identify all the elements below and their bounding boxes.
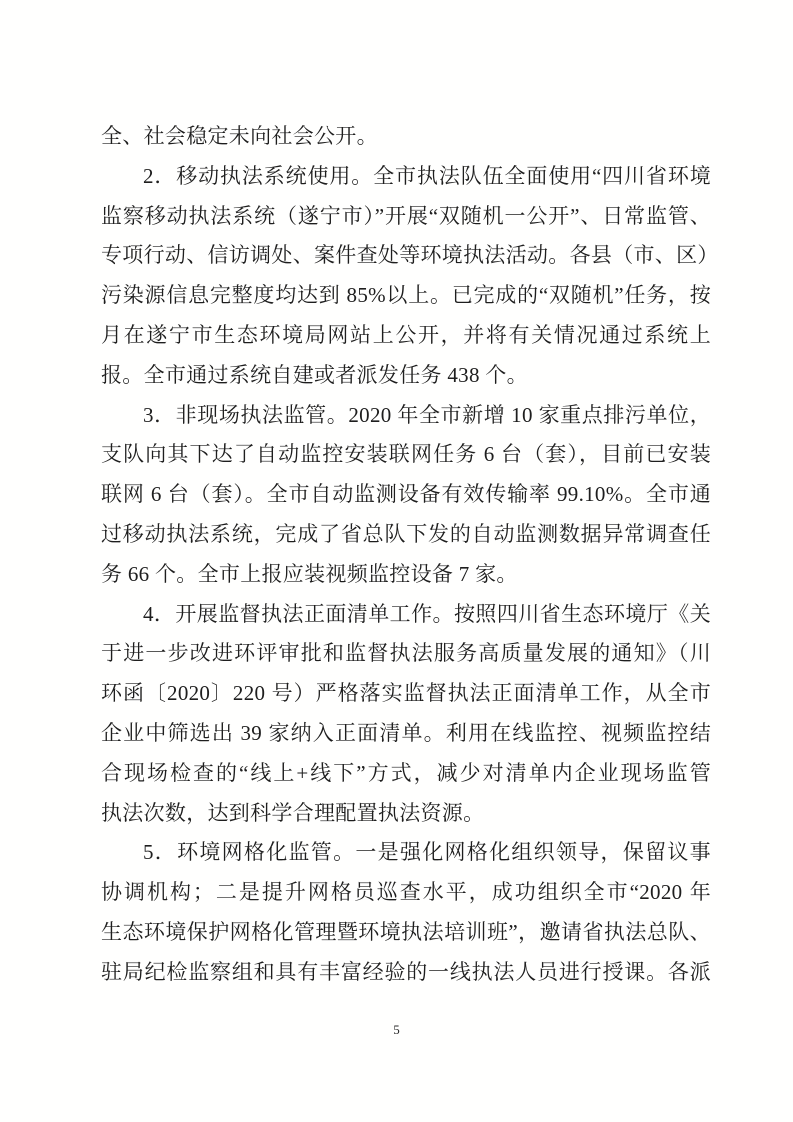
text-line: 全、社会稳定未向社会公开。: [101, 117, 711, 157]
text-line: 报。全市通过系统自建或者派发任务 438 个。: [101, 356, 711, 396]
document-page: 全、社会稳定未向社会公开。 2．移动执法系统使用。全市执法队伍全面使用“四川省环…: [0, 0, 793, 1122]
text-line: 务 66 个。全市上报应装视频监控设备 7 家。: [101, 555, 711, 595]
text-line: 3．非现场执法监管。2020 年全市新增 10 家重点排污单位，: [101, 396, 711, 436]
text-line: 污染源信息完整度均达到 85%以上。已完成的“双随机”任务，按: [101, 276, 711, 316]
text-line: 支队向其下达了自动监控安装联网任务 6 台（套），目前已安装: [101, 435, 711, 475]
text-line: 月在遂宁市生态环境局网站上公开，并将有关情况通过系统上: [101, 316, 711, 356]
document-body: 全、社会稳定未向社会公开。 2．移动执法系统使用。全市执法队伍全面使用“四川省环…: [101, 117, 711, 993]
text-line: 联网 6 台（套）。全市自动监测设备有效传输率 99.10%。全市通: [101, 475, 711, 515]
text-line: 监察移动执法系统（遂宁市）”开展“双随机一公开”、日常监管、: [101, 197, 711, 237]
text-line: 驻局纪检监察组和具有丰富经验的一线执法人员进行授课。各派: [101, 953, 711, 993]
text-line: 于进一步改进环评审批和监督执法服务高质量发展的通知》（川: [101, 634, 711, 674]
page-number: 5: [0, 1022, 793, 1038]
text-line: 合现场检查的“线上+线下”方式，减少对清单内企业现场监管: [101, 754, 711, 794]
text-line: 专项行动、信访调处、案件查处等环境执法活动。各县（市、区）: [101, 236, 711, 276]
text-line: 生态环境保护网格化管理暨环境执法培训班”，邀请省执法总队、: [101, 913, 711, 953]
text-line: 过移动执法系统，完成了省总队下发的自动监测数据异常调查任: [101, 515, 711, 555]
text-line: 协调机构；二是提升网格员巡查水平，成功组织全市“2020 年: [101, 873, 711, 913]
text-line: 2．移动执法系统使用。全市执法队伍全面使用“四川省环境: [101, 157, 711, 197]
text-line: 执法次数，达到科学合理配置执法资源。: [101, 794, 711, 834]
text-line: 企业中筛选出 39 家纳入正面清单。利用在线监控、视频监控结: [101, 714, 711, 754]
text-line: 5．环境网格化监管。一是强化网格化组织领导，保留议事: [101, 833, 711, 873]
text-line: 环函〔2020〕220 号）严格落实监督执法正面清单工作，从全市: [101, 674, 711, 714]
text-line: 4．开展监督执法正面清单工作。按照四川省生态环境厅《关: [101, 595, 711, 635]
